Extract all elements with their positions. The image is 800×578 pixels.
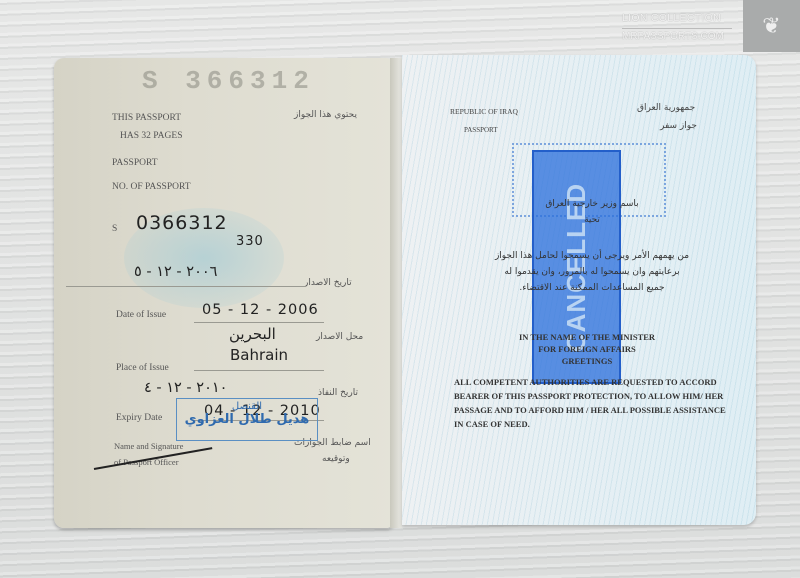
- arabic-body-line-5: جميع المساعدات الممكنة عند الاقتضاء.: [472, 283, 712, 293]
- lion-laurel-icon: ❦: [743, 0, 800, 52]
- watermark-line1: LION COLLECTION: [622, 12, 721, 24]
- issue-date-arabic: ٢٠٠٦ - ١٢ - ٥: [134, 264, 217, 280]
- name-signature-label: Name and Signature: [114, 441, 183, 451]
- place-of-issue: Bahrain: [230, 346, 288, 364]
- series-label: S: [112, 224, 117, 234]
- passport-subheader: PASSPORT: [464, 126, 498, 134]
- passport-label: PASSPORT: [112, 158, 158, 168]
- contains-label-ar: يحتوي هذا الجواز: [294, 110, 357, 120]
- consul-name: هديل طلال العزاوي: [177, 412, 317, 427]
- arabic-body-line-1: باسم وزير خارجية العراق: [472, 199, 712, 209]
- passport-spine: [390, 58, 402, 528]
- has-pages-label: HAS 32 PAGES: [120, 131, 182, 141]
- rule-line: [66, 286, 306, 287]
- consul-stamp: القنصل هديل طلال العزاوي: [176, 398, 318, 441]
- watermark-line2: MRPASSPORTS.COM: [622, 31, 724, 42]
- arabic-body-line-2: تحية: [472, 215, 712, 225]
- place-arabic: البحرين: [229, 325, 276, 343]
- english-heading-1: IN THE NAME OF THE MINISTER: [462, 332, 712, 342]
- watermark: LION COLLECTION MRPASSPORTS.COM: [600, 0, 740, 52]
- expiry-date-label: Expiry Date: [116, 413, 162, 423]
- date-of-issue-label: Date of Issue: [116, 310, 166, 320]
- passport-right-page: REPUBLIC OF IRAQ PASSPORT جمهورية العراق…: [402, 55, 756, 525]
- english-body: ALL COMPETENT AUTHORITIES ARE REQUESTED …: [454, 375, 734, 431]
- republic-header: REPUBLIC OF IRAQ: [450, 107, 518, 116]
- perforated-number: S 366312: [142, 66, 315, 96]
- signature-label-ar: وتوقيعه: [322, 454, 350, 464]
- no-of-passport-label: NO. OF PASSPORT: [112, 182, 191, 192]
- passport-subheader-ar: جواز سفر: [660, 121, 697, 131]
- place-of-issue-label: Place of Issue: [116, 363, 169, 373]
- republic-header-ar: جمهورية العراق: [637, 103, 695, 113]
- expiry-date-arabic: ٢٠١٠ - ١٢ - ٤: [144, 380, 227, 396]
- issue-date-label-ar: تاريخ الاصدار: [304, 278, 352, 288]
- watermark-divider: [622, 28, 732, 29]
- passport-number-sub: 330: [236, 234, 264, 249]
- rule-line: [194, 370, 324, 371]
- passport-number: 0366312: [136, 212, 228, 234]
- issue-date: 05 - 12 - 2006: [202, 302, 319, 318]
- english-heading-3: GREETINGS: [462, 356, 712, 366]
- consul-title: القنصل: [177, 401, 317, 412]
- rule-line: [194, 322, 324, 323]
- passport-left-page: S 366312 THIS PASSPORT HAS 32 PAGES PASS…: [54, 58, 396, 528]
- arabic-body-line-4: برعايتهم وان يسمحوا له بالمرور، وان يقدم…: [472, 267, 712, 277]
- expiry-label-ar: تاريخ النفاذ: [318, 388, 358, 398]
- place-issue-label-ar: محل الاصدار: [316, 332, 363, 342]
- arabic-body-line-3: من يهمهم الأمر ويرجى أن يسمحوا لحامل هذا…: [472, 251, 712, 261]
- english-heading-2: FOR FOREIGN AFFAIRS: [462, 344, 712, 354]
- this-passport-label: THIS PASSPORT: [112, 113, 181, 123]
